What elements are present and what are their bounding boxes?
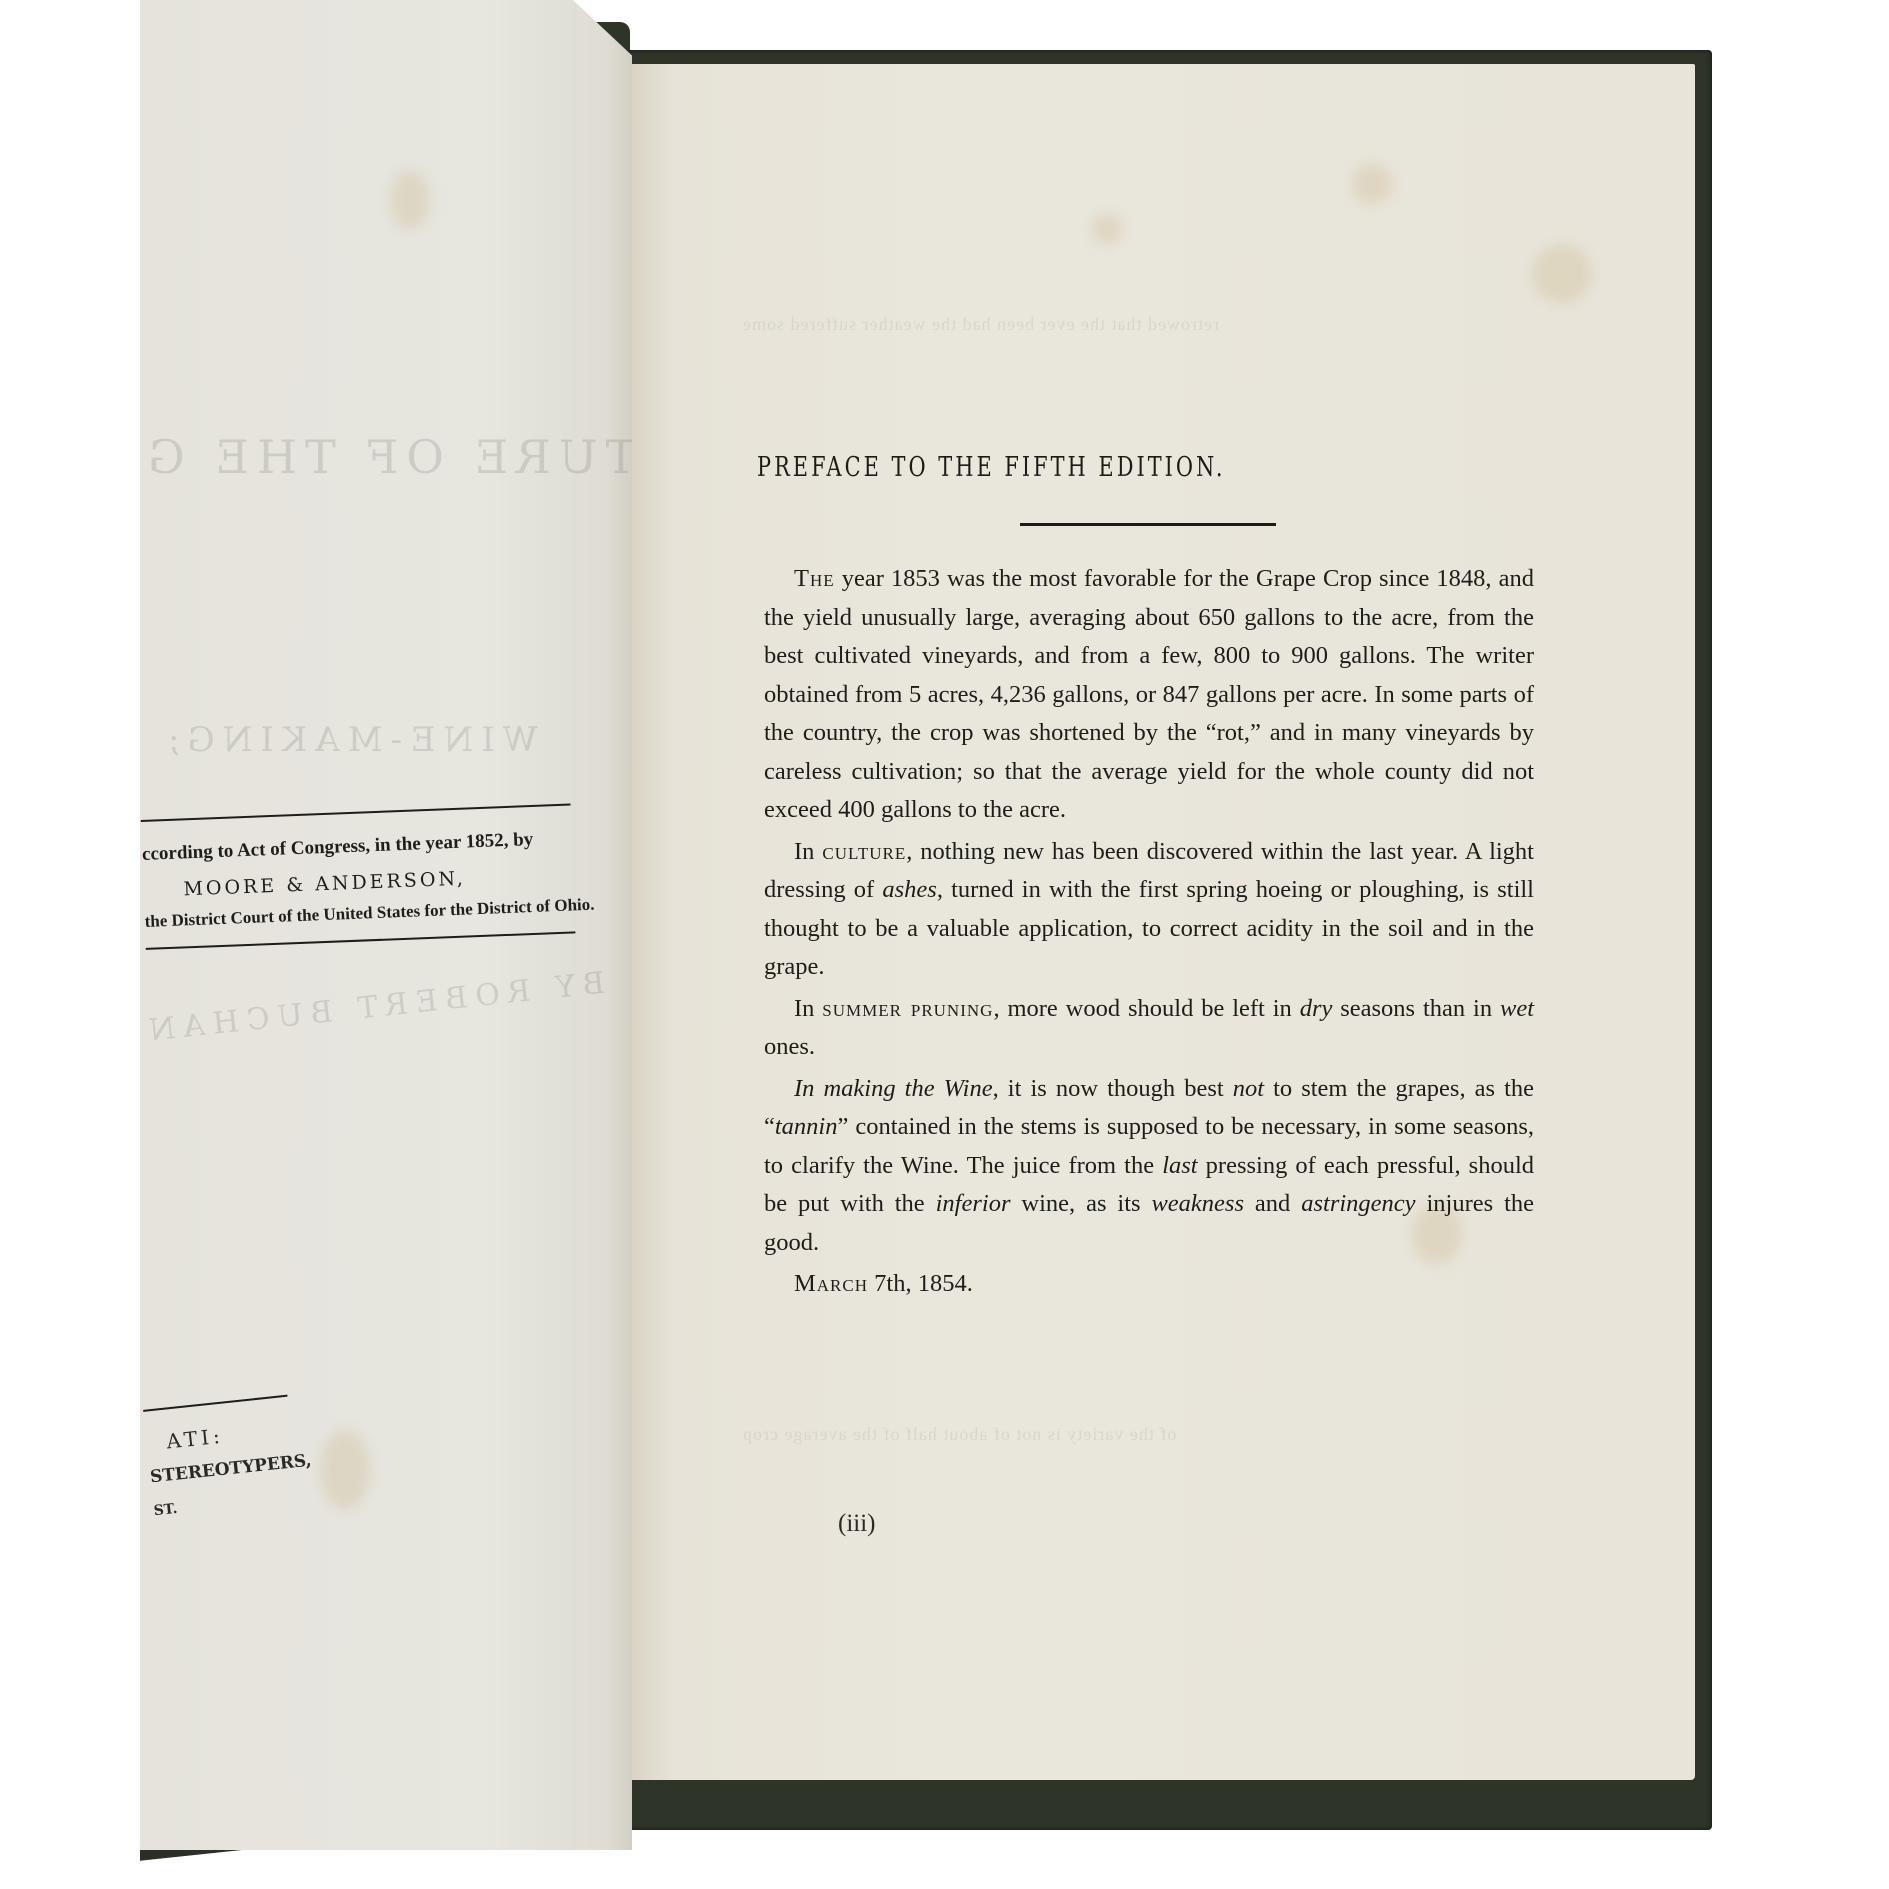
paragraph-1: The year 1853 was the most favorable for…	[764, 560, 1534, 830]
open-book: CULTURE OF THE G WINE-MAKING; BY ROBERT …	[0, 0, 1889, 1889]
paragraph-3: In summer pruning, more wood should be l…	[764, 990, 1534, 1067]
printer-imprint: ATI: STEREOTYPERS, ST.	[140, 1349, 438, 1380]
paragraph-2: In culture, nothing new has been discove…	[764, 833, 1534, 987]
left-page: CULTURE OF THE G WINE-MAKING; BY ROBERT …	[140, 0, 632, 1850]
show-through-title: CULTURE OF THE G	[140, 430, 632, 484]
copyright-notice: ccording to Act of Congress, in the year…	[140, 782, 606, 970]
preface-title: PREFACE TO THE FIFTH EDITION.	[757, 452, 1359, 483]
copyright-line-1: ccording to Act of Congress, in the year…	[142, 829, 534, 866]
preface-date: March 7th, 1854.	[764, 1265, 1534, 1304]
show-through-subtitle: WINE-MAKING;	[160, 720, 538, 760]
imprint-city: ATI:	[165, 1424, 225, 1454]
title-divider	[1020, 523, 1276, 526]
copyright-holder: MOORE & ANDERSON,	[183, 868, 466, 901]
imprint-stereotypers: STEREOTYPERS,	[149, 1451, 312, 1488]
page-number: (iii)	[838, 1510, 876, 1538]
paragraph-4: In making the Wine, it is now though bes…	[764, 1070, 1534, 1263]
copyright-line-3: the District Court of the United States …	[144, 895, 595, 932]
show-through-author: BY ROBERT BUCHAN	[140, 966, 607, 1050]
imprint-street: ST.	[153, 1501, 178, 1519]
preface-body: The year 1853 was the most favorable for…	[764, 560, 1534, 1304]
